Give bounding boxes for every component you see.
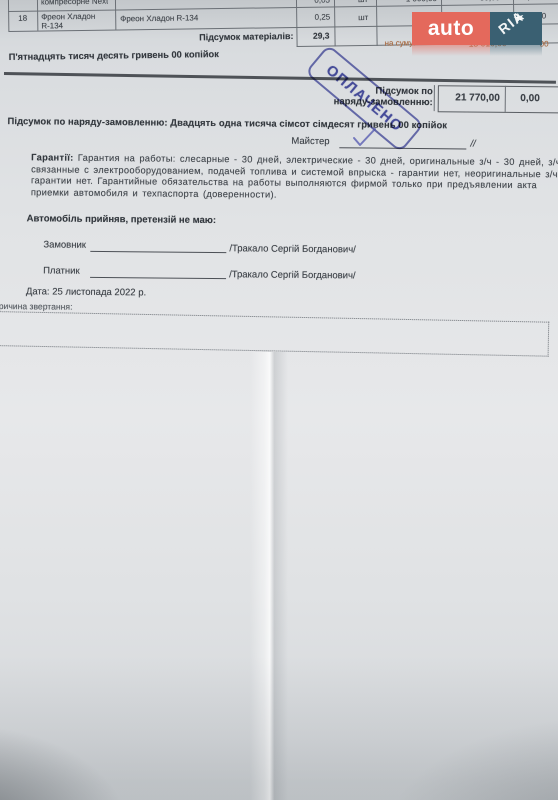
acceptance-heading: Автомобіль прийняв, претензій не маю: [27,213,217,226]
order-total-box-line [505,86,506,112]
master-slashes: // [470,139,475,150]
section-divider [4,72,556,83]
watermark-auto-box: auto [412,12,490,45]
paper-crease [250,352,288,800]
signer-name: /Тракало Сергій Богданович/ [229,269,356,281]
document-date: Дата: 25 листопада 2022 р. [26,286,146,298]
cell-last: 0,00 [523,0,539,2]
order-total-amount2: 0,00 [508,93,540,104]
warranty-paragraph: Гарантії: Гарантия на работы: слесарные … [31,152,558,204]
master-label: Майстер [291,136,329,147]
order-total-box-line [434,85,435,111]
order-total-amount: 21 770,00 [440,92,500,104]
signature-line [90,265,226,279]
watermark-fade [412,45,490,56]
signer-name: /Тракало Сергій Богданович/ [229,243,356,255]
warranty-lead: Гарантії: [31,152,73,162]
reason-label: ричина звертання: [0,301,73,312]
signer-role: Платник [43,265,80,276]
watermark-auto-text: auto [428,18,474,39]
document-photo: компресорне Next 0,05 шт 1 000,00 50,00 … [0,0,558,800]
watermark-ria-box: ★ RIA [490,12,542,45]
watermark-fade [490,45,542,56]
signature-line [90,239,226,253]
signer-role: Замовник [43,239,86,250]
signature-tick [352,126,378,148]
warranty-line4: приемки автомобиля и техпаспорта (довере… [31,187,277,199]
cell-sum: 50,00 [443,0,500,3]
